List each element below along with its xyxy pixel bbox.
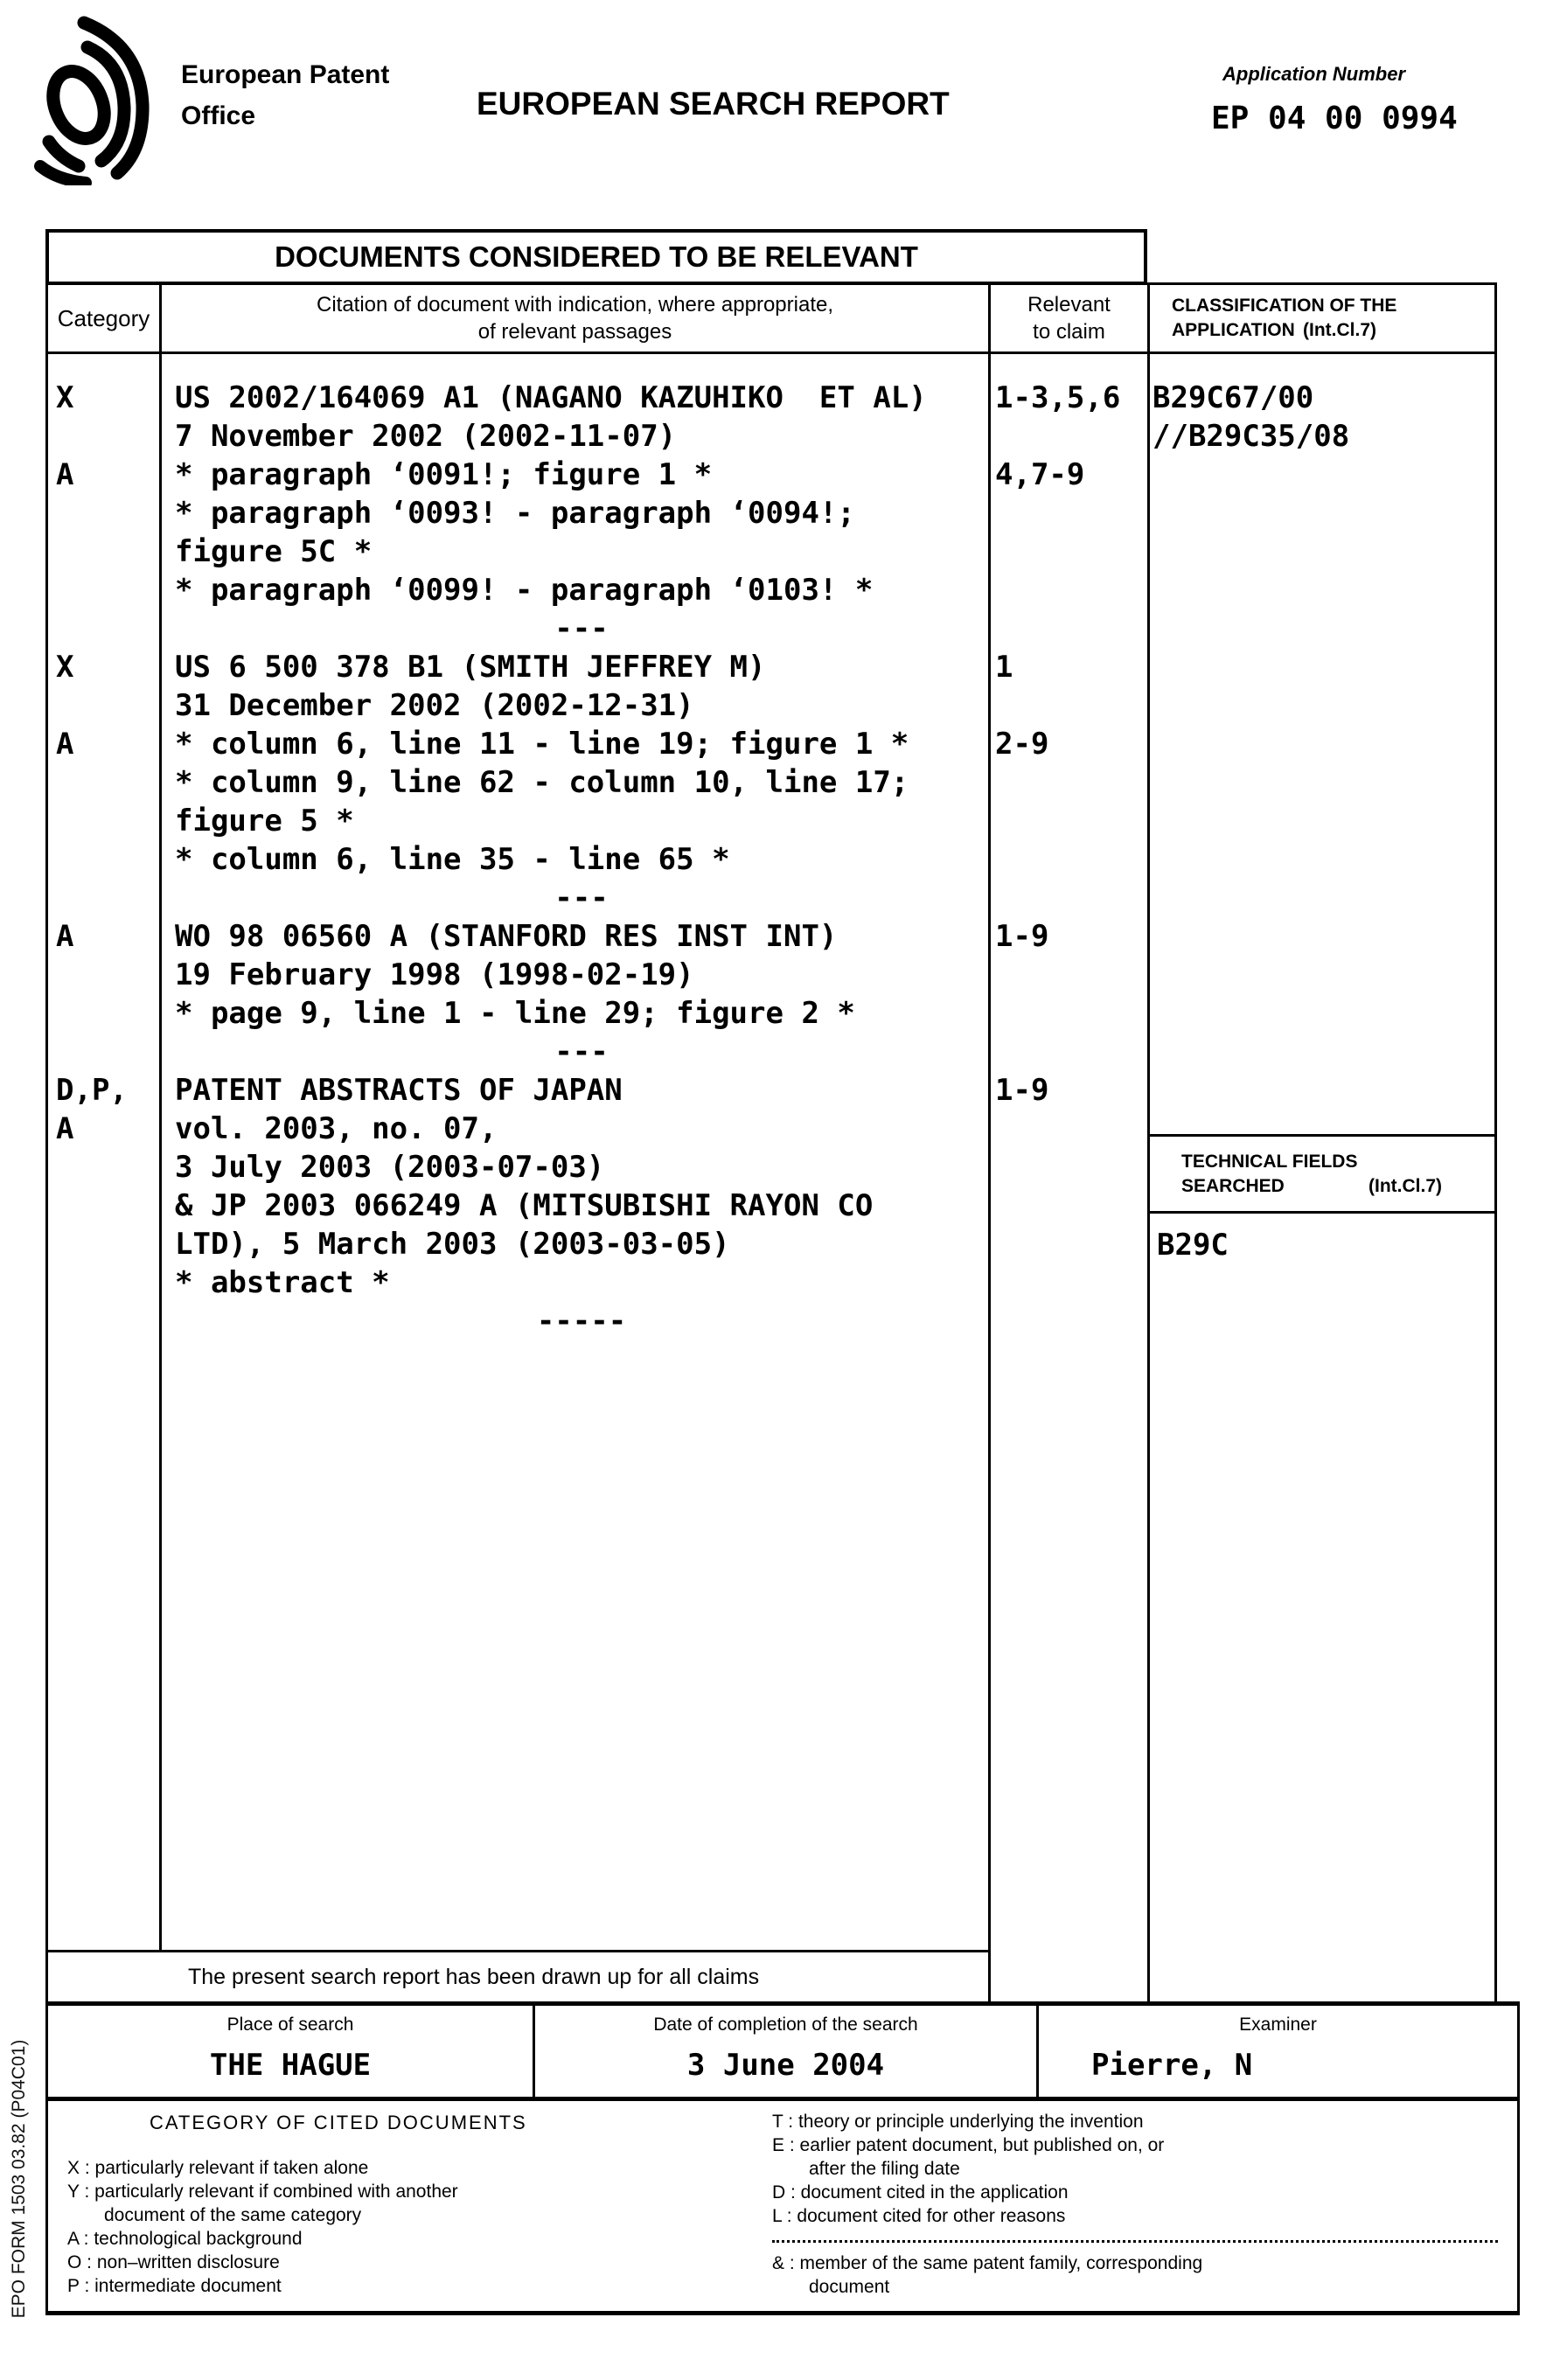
line: WO 98 06560 A (STANFORD RES INST INT) [175,917,988,956]
line [56,609,157,648]
line: & JP 2003 066249 A (MITSUBISHI RAYON CO [175,1187,988,1225]
citation-header-line2: of relevant passages [162,318,988,345]
cited-documents-legend-box: CATEGORY OF CITED DOCUMENTS X : particul… [45,2097,1520,2315]
classification-codes: B29C67/00//B29C35/08 [1153,379,1494,456]
line [56,686,157,725]
completion-date-label: Date of completion of the search [535,2006,1036,2036]
citation-values: US 2002/164069 A1 (NAGANO KAZUHIKO ET AL… [175,379,988,1340]
line: L : document cited for other reasons [772,2204,1515,2228]
technical-fields-header-box: TECHNICAL FIELDS SEARCHED (Int.Cl.7) [1147,1134,1497,1214]
examiner-label: Examiner [1039,2006,1517,2036]
completion-date-cell: Date of completion of the search 3 June … [533,2001,1039,2099]
line: figure 5 * [175,802,988,840]
line [56,802,157,840]
place-of-search-cell: Place of search THE HAGUE [45,2001,535,2099]
line [56,994,157,1033]
line: A : technological background [67,2227,758,2251]
report-title: EUROPEAN SEARCH REPORT [477,86,950,122]
citation-column-header: Citation of document with indication, wh… [159,282,991,354]
epo-form-id: EPO FORM 1503 03.82 (P04C01) [9,2040,30,2319]
line: X [56,648,157,686]
epo-logo-icon [33,10,156,185]
line: * paragraph ‘0099! - paragraph ‘0103! * [175,571,988,609]
legend-right-column: T : theory or principle underlying the i… [772,2110,1515,2299]
technical-fields-searched: SEARCHED [1181,1174,1285,1199]
line [56,763,157,802]
line: * abstract * [175,1263,988,1302]
line [56,494,157,532]
relevant-header-line1: Relevant [991,291,1147,318]
line: LTD), 5 March 2003 (2003-03-05) [175,1225,988,1263]
line [56,879,157,917]
line: figure 5C * [175,532,988,571]
line [995,956,1146,994]
line: 1-3,5,6 [995,379,1146,417]
line: * column 9, line 62 - column 10, line 17… [175,763,988,802]
place-of-search-value: THE HAGUE [48,2048,533,2083]
line: * paragraph ‘0093! - paragraph ‘0094!; [175,494,988,532]
line: * paragraph ‘0091!; figure 1 * [175,456,988,494]
technical-fields-code: B29C [1157,1228,1494,1263]
line: & : member of the same patent family, co… [772,2251,1515,2275]
line: 19 February 1998 (1998-02-19) [175,956,988,994]
epo-office-name-line2: Office [181,95,389,136]
relevant-header-line2: to claim [991,318,1147,345]
line: A [56,1110,157,1148]
line [995,879,1146,917]
line [995,571,1146,609]
citation-header-line1: Citation of document with indication, wh… [162,291,988,318]
line: --- [175,879,988,917]
technical-fields-line1: TECHNICAL FIELDS [1181,1150,1494,1174]
line: --- [175,1033,988,1071]
line: D,P, [56,1071,157,1110]
line: US 2002/164069 A1 (NAGANO KAZUHIKO ET AL… [175,379,988,417]
report-note-text: The present search report has been drawn… [188,1965,988,1990]
line: * page 9, line 1 - line 29; figure 2 * [175,994,988,1033]
line: 3 July 2003 (2003-07-03) [175,1148,988,1187]
line: T : theory or principle underlying the i… [772,2110,1515,2133]
line: document of the same category [67,2203,758,2227]
technical-fields-line2: SEARCHED (Int.Cl.7) [1181,1174,1494,1199]
relevant-column-header: Relevant to claim [988,282,1150,354]
documents-banner-box: DOCUMENTS CONSIDERED TO BE RELEVANT [45,229,1147,285]
completion-date-value: 3 June 2004 [535,2048,1036,2083]
category-header-label: Category [48,305,159,332]
line [56,571,157,609]
classification-header-application: APPLICATION [1172,318,1295,343]
line: vol. 2003, no. 07, [175,1110,988,1148]
line: * column 6, line 11 - line 19; figure 1 … [175,725,988,763]
line: after the filing date [772,2157,1515,2181]
line: B29C67/00 [1153,379,1494,417]
line: 2-9 [995,725,1146,763]
line: ----- [175,1302,988,1340]
line: E : earlier patent document, but publish… [772,2133,1515,2157]
line: A [56,456,157,494]
line [995,840,1146,879]
line: 4,7-9 [995,456,1146,494]
category-column-header: Category [45,282,162,354]
line [995,686,1146,725]
legend-left-column: X : particularly relevant if taken alone… [67,2156,758,2298]
line: 1-9 [995,1071,1146,1110]
line [995,417,1146,456]
line: 1 [995,648,1146,686]
line: document [772,2275,1515,2299]
relevant-claim-values: 1-3,5,6 4,7-9 1 2-9 1-9 1-9 [995,379,1146,1110]
examiner-value: Pierre, N [1039,2048,1517,2083]
line: X : particularly relevant if taken alone [67,2156,758,2180]
line [995,532,1146,571]
line [56,956,157,994]
line: O : non–written disclosure [67,2251,758,2274]
line [995,802,1146,840]
classification-header-line1: CLASSIFICATION OF THE [1172,294,1494,318]
line [995,994,1146,1033]
place-of-search-label: Place of search [48,2006,533,2036]
line: * column 6, line 35 - line 65 * [175,840,988,879]
line [56,417,157,456]
line [56,532,157,571]
technical-fields-intcl: (Int.Cl.7) [1368,1174,1442,1199]
line [56,1033,157,1071]
line [995,609,1146,648]
line: D : document cited in the application [772,2181,1515,2204]
line [995,1033,1146,1071]
classification-column-header: CLASSIFICATION OF THE APPLICATION (Int.C… [1147,282,1497,354]
line: A [56,725,157,763]
line: //B29C35/08 [1153,417,1494,456]
line: 31 December 2002 (2002-12-31) [175,686,988,725]
line: PATENT ABSTRACTS OF JAPAN [175,1071,988,1110]
line: US 6 500 378 B1 (SMITH JEFFREY M) [175,648,988,686]
line [995,494,1146,532]
line: P : intermediate document [67,2274,758,2298]
line: Y : particularly relevant if combined wi… [67,2180,758,2203]
line [56,840,157,879]
line: A [56,917,157,956]
documents-banner: DOCUMENTS CONSIDERED TO BE RELEVANT [49,240,1144,274]
report-note-box: The present search report has been drawn… [45,1950,991,2004]
classification-header-line2: APPLICATION (Int.Cl.7) [1172,318,1494,343]
line: X [56,379,157,417]
search-report-page: European Patent Office EUROPEAN SEARCH R… [0,0,1553,2380]
examiner-cell: Examiner Pierre, N [1036,2001,1520,2099]
epo-office-name-line1: European Patent [181,54,389,95]
technical-fields-body-box: B29C [1147,1211,1497,2004]
epo-office-name: European Patent Office [181,54,389,136]
category-values: X A X A A D,P,A [56,379,157,1148]
line [772,2228,1515,2251]
classification-header-intcl: (Int.Cl.7) [1303,318,1376,343]
line: --- [175,609,988,648]
application-number-label: Application Number [1222,63,1405,86]
line: 7 November 2002 (2002-11-07) [175,417,988,456]
line [995,763,1146,802]
line: 1-9 [995,917,1146,956]
legend-title: CATEGORY OF CITED DOCUMENTS [150,2112,527,2134]
classification-column-body [1147,351,1497,1137]
application-number-value: EP 04 00 0994 [1211,101,1458,136]
